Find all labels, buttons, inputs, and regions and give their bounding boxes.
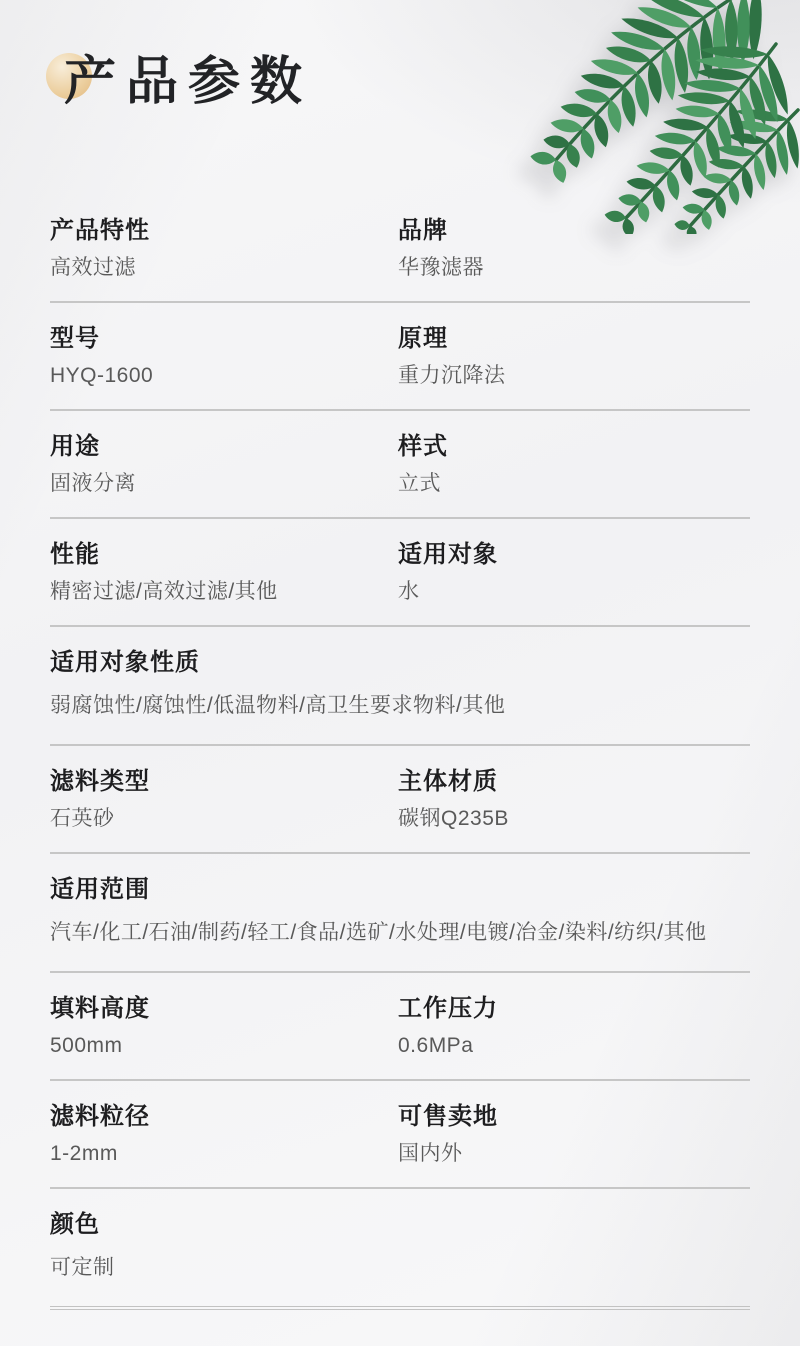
param-cell: 主体材质 碳钢Q235B	[398, 767, 750, 834]
param-value: 汽车/化工/石油/制药/轻工/食品/选矿/水处理/电镀/冶金/染料/纺织/其他	[50, 912, 750, 953]
param-row: 适用对象性质 弱腐蚀性/腐蚀性/低温物料/高卫生要求物料/其他	[50, 648, 750, 746]
param-label: 型号	[50, 324, 398, 354]
param-cell: 样式 立式	[398, 432, 750, 499]
param-row: 颜色 可定制	[50, 1210, 750, 1310]
param-value: HYQ-1600	[50, 361, 398, 391]
param-value: 1-2mm	[50, 1139, 398, 1169]
param-label: 颜色	[50, 1210, 750, 1240]
param-cell: 适用范围 汽车/化工/石油/制药/轻工/食品/选矿/水处理/电镀/冶金/染料/纺…	[50, 875, 750, 953]
param-value: 碳钢Q235B	[398, 804, 750, 834]
param-row: 型号 HYQ-1600 原理 重力沉降法	[50, 324, 750, 411]
param-row: 滤料类型 石英砂 主体材质 碳钢Q235B	[50, 767, 750, 854]
param-cell: 颜色 可定制	[50, 1210, 750, 1288]
param-label: 工作压力	[398, 994, 750, 1024]
param-value: 弱腐蚀性/腐蚀性/低温物料/高卫生要求物料/其他	[50, 685, 750, 726]
param-value: 国内外	[398, 1139, 750, 1169]
param-label: 性能	[50, 540, 398, 570]
param-label: 适用对象	[398, 540, 750, 570]
param-row: 适用范围 汽车/化工/石油/制药/轻工/食品/选矿/水处理/电镀/冶金/染料/纺…	[50, 875, 750, 973]
param-label: 产品特性	[50, 216, 398, 246]
param-value: 华豫滤器	[398, 253, 750, 283]
param-cell: 产品特性 高效过滤	[50, 216, 398, 283]
param-cell: 滤料粒径 1-2mm	[50, 1102, 398, 1169]
product-parameters-page: { "page": { "title": "产品参数" }, "colors":…	[0, 0, 800, 1346]
param-row: 填料高度 500mm 工作压力 0.6MPa	[50, 994, 750, 1081]
param-value: 石英砂	[50, 804, 398, 834]
param-cell: 填料高度 500mm	[50, 994, 398, 1061]
param-value: 固液分离	[50, 469, 398, 499]
param-value: 500mm	[50, 1031, 398, 1061]
param-cell: 可售卖地 国内外	[398, 1102, 750, 1169]
param-cell: 适用对象 水	[398, 540, 750, 607]
param-row: 性能 精密过滤/高效过滤/其他 适用对象 水	[50, 540, 750, 627]
param-label: 适用对象性质	[50, 648, 750, 678]
param-row: 用途 固液分离 样式 立式	[50, 432, 750, 519]
param-cell: 用途 固液分离	[50, 432, 398, 499]
param-label: 原理	[398, 324, 750, 354]
param-label: 用途	[50, 432, 398, 462]
param-cell: 型号 HYQ-1600	[50, 324, 398, 391]
param-cell: 工作压力 0.6MPa	[398, 994, 750, 1061]
param-value: 精密过滤/高效过滤/其他	[50, 577, 398, 607]
param-value: 高效过滤	[50, 253, 398, 283]
param-row: 滤料粒径 1-2mm 可售卖地 国内外	[50, 1102, 750, 1189]
param-label: 适用范围	[50, 875, 750, 905]
param-label: 填料高度	[50, 994, 398, 1024]
param-value: 重力沉降法	[398, 361, 750, 391]
param-label: 可售卖地	[398, 1102, 750, 1132]
param-cell: 适用对象性质 弱腐蚀性/腐蚀性/低温物料/高卫生要求物料/其他	[50, 648, 750, 726]
param-value: 水	[398, 577, 750, 607]
param-cell: 原理 重力沉降法	[398, 324, 750, 391]
param-value: 可定制	[50, 1247, 750, 1288]
parameters-list: 产品特性 高效过滤 品牌 华豫滤器 型号 HYQ-1600 原理 重力沉降法 用…	[0, 160, 800, 1310]
header: 产品参数	[0, 0, 800, 160]
param-label: 主体材质	[398, 767, 750, 797]
param-cell: 滤料类型 石英砂	[50, 767, 398, 834]
param-value: 0.6MPa	[398, 1031, 750, 1061]
page-title: 产品参数	[50, 52, 750, 112]
param-label: 样式	[398, 432, 750, 462]
param-value: 立式	[398, 469, 750, 499]
param-label: 滤料类型	[50, 767, 398, 797]
param-label: 滤料粒径	[50, 1102, 398, 1132]
param-cell: 性能 精密过滤/高效过滤/其他	[50, 540, 398, 607]
